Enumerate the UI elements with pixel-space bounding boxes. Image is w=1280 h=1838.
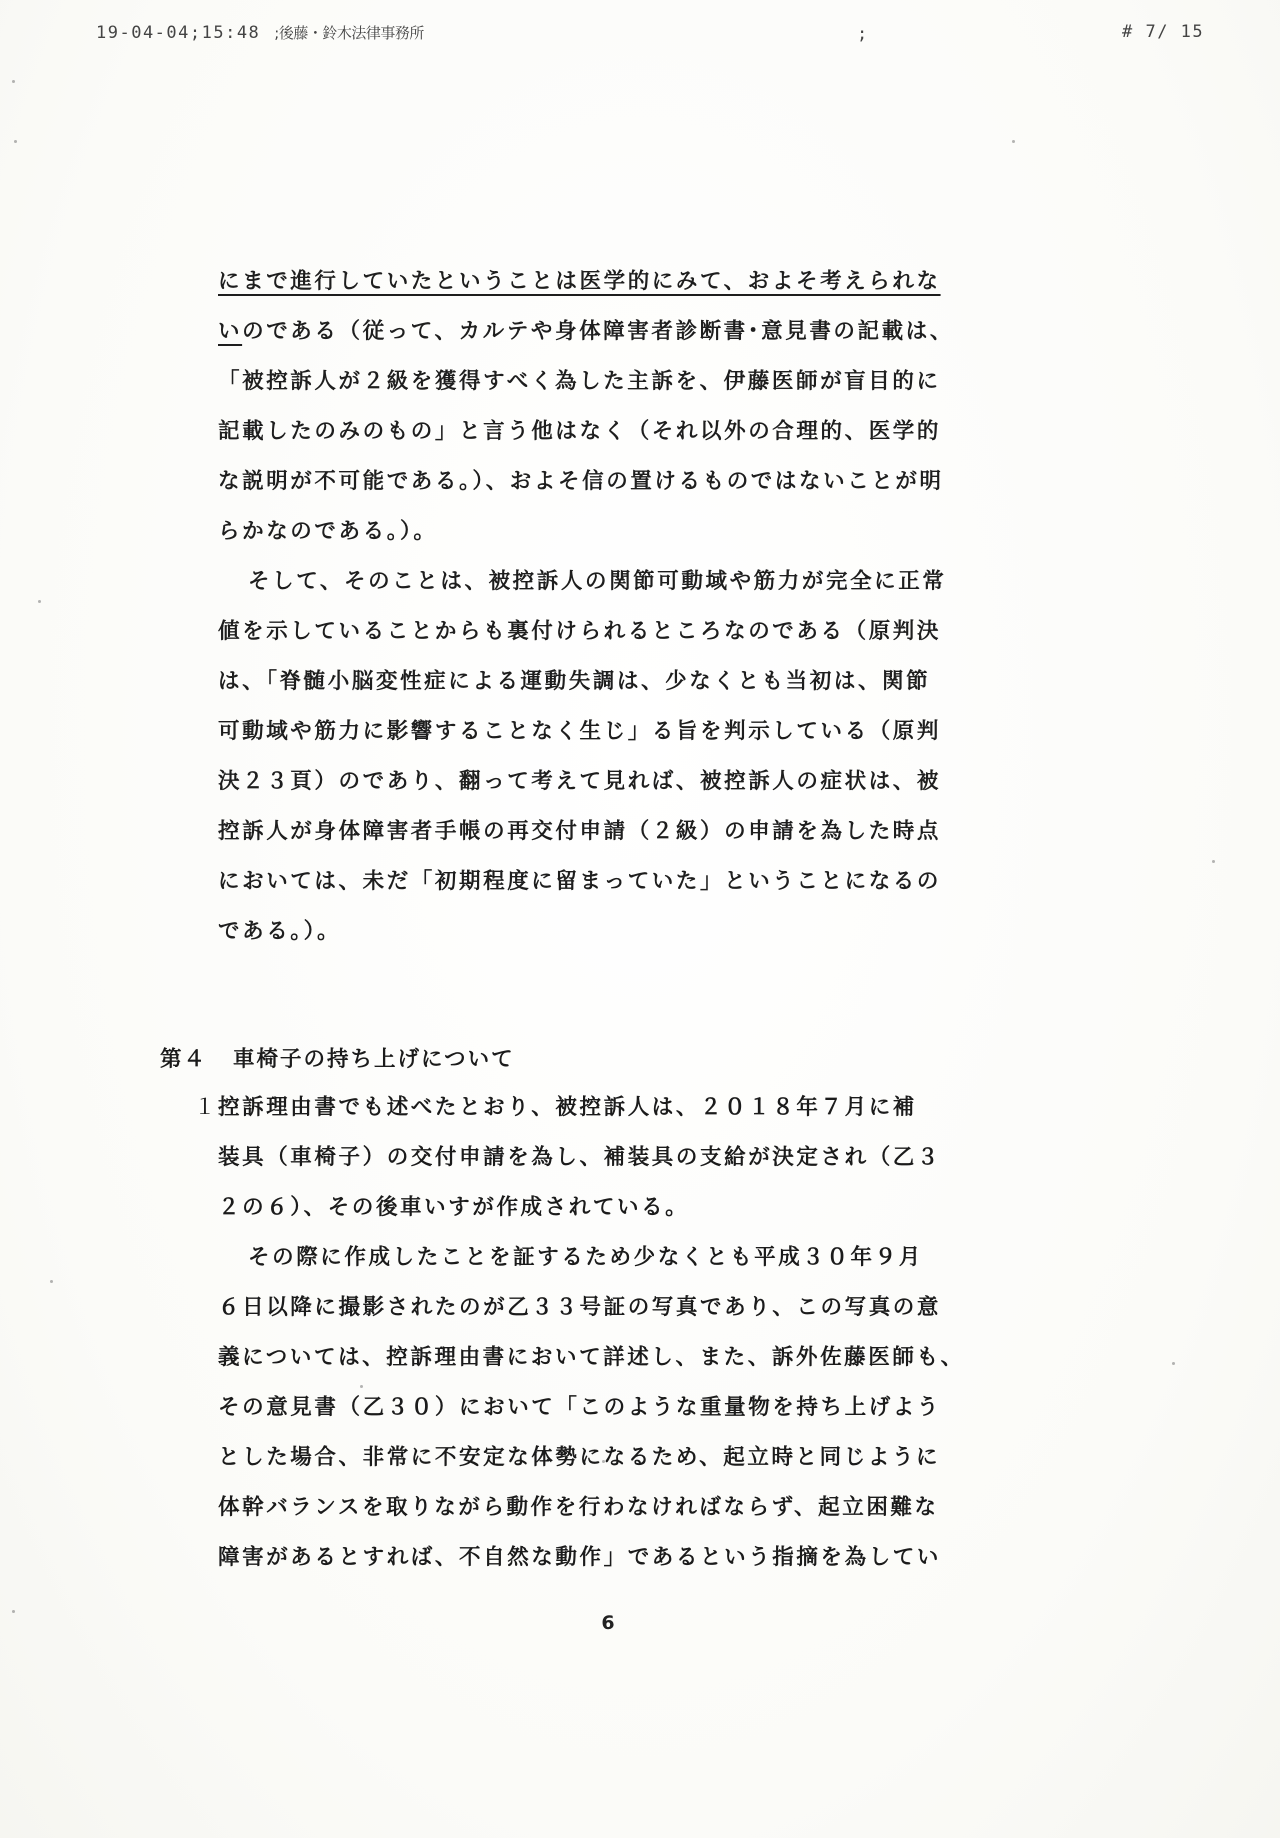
- scan-speck: [12, 80, 15, 83]
- text-line: 記載したのみのもの」と言う他はなく（それ以外の合理的、医学的: [218, 407, 1058, 457]
- fax-separator: ;: [857, 24, 869, 44]
- text-line: いのである（従って、カルテや身体障害者診断書･意見書の記載は、: [218, 307, 1058, 357]
- text-line: そして、そのことは、被控訴人の関節可動域や筋力が完全に正常: [218, 557, 1058, 607]
- body-text: にまで進行していたということは医学的にみて、およそ考えられな いのである（従って…: [218, 257, 1058, 957]
- scan-speck: [38, 600, 41, 603]
- text-line: 義については、控訴理由書において詳述し、また、訴外佐藤医師も、: [218, 1333, 1058, 1383]
- fax-sender: ;後藤・鈴木法律事務所: [274, 24, 424, 42]
- text-line: 控訴人が身体障害者手帳の再交付申請（２級）の申請を為した時点: [218, 807, 1058, 857]
- scan-speck: [12, 1610, 15, 1613]
- text-line: その意見書（乙３０）において「このような重量物を持ち上げよう: [218, 1383, 1058, 1433]
- fax-header: 19-04-04;15:48;後藤・鈴木法律事務所 ; # 7/ 15: [0, 22, 1280, 52]
- text-line: らかなのである。）。: [218, 507, 1058, 557]
- scan-speck: [1012, 140, 1015, 143]
- text-line: 控訴理由書でも述べたとおり、被控訴人は、２０１８年７月に補: [218, 1083, 1058, 1133]
- text-line: 決２３頁）のであり、翻って考えて見れば、被控訴人の症状は、被: [218, 757, 1058, 807]
- page-number: 6: [596, 1612, 620, 1634]
- section-title: 車椅子の持ち上げについて: [233, 1047, 515, 1072]
- scan-speck: [1172, 1362, 1175, 1365]
- text-line: ２の６）、その後車いすが作成されている。: [218, 1183, 1058, 1233]
- underlined-text: い: [218, 319, 242, 344]
- scanned-page: 19-04-04;15:48;後藤・鈴木法律事務所 ; # 7/ 15 にまで進…: [0, 0, 1280, 1838]
- text-line: 装具（車椅子）の交付申請を為し、補装具の支給が決定され（乙３: [218, 1133, 1058, 1183]
- text-line: その際に作成したことを証するため少なくとも平成３０年９月: [218, 1233, 1058, 1283]
- section-heading: 第４車椅子の持ち上げについて: [160, 1035, 515, 1085]
- fax-page-indicator: # 7/ 15: [1122, 22, 1204, 42]
- fax-header-left: 19-04-04;15:48;後藤・鈴木法律事務所: [96, 22, 424, 43]
- text-line: 「被控訴人が２級を獲得すべく為した主訴を、伊藤医師が盲目的に: [218, 357, 1058, 407]
- underlined-text: にまで進行していたということは医学的にみて、およそ考えられな: [218, 269, 941, 294]
- text-line: 可動域や筋力に影響することなく生じ」る旨を判示している（原判: [218, 707, 1058, 757]
- scan-speck: [1212, 860, 1215, 863]
- text-line: とした場合、非常に不安定な体勢になるため、起立時と同じように: [218, 1433, 1058, 1483]
- section-number: 第４: [160, 1047, 207, 1072]
- text-line: は、「脊髄小脳変性症による運動失調は、少なくとも当初は、関節: [218, 657, 1058, 707]
- text-span: のである（従って、カルテや身体障害者診断書･意見書の記載は、: [242, 319, 954, 344]
- text-line: 障害があるとすれば、不自然な動作」であるという指摘を為してい: [218, 1533, 1058, 1583]
- text-line: ６日以降に撮影されたのが乙３３号証の写真であり、この写真の意: [218, 1283, 1058, 1333]
- text-line: においては、未だ「初期程度に留まっていた」ということになるの: [218, 857, 1058, 907]
- text-line: 値を示していることからも裏付けられるところなのである（原判決: [218, 607, 1058, 657]
- scan-speck: [50, 1280, 53, 1283]
- scan-speck: [360, 1385, 363, 1388]
- text-line: である。）。: [218, 907, 1058, 957]
- text-line: な説明が不可能である。）、およそ信の置けるものではないことが明: [218, 457, 1058, 507]
- fax-timestamp: 19-04-04;15:48: [96, 23, 260, 43]
- scan-speck: [14, 140, 17, 143]
- text-line: 体幹バランスを取りながら動作を行わなければならず、起立困難な: [218, 1483, 1058, 1533]
- text-line: にまで進行していたということは医学的にみて、およそ考えられな: [218, 257, 1058, 307]
- item-number: １: [194, 1083, 218, 1133]
- scan-speck: [602, 1460, 605, 1463]
- section-body: １ 控訴理由書でも述べたとおり、被控訴人は、２０１８年７月に補 装具（車椅子）の…: [218, 1083, 1058, 1583]
